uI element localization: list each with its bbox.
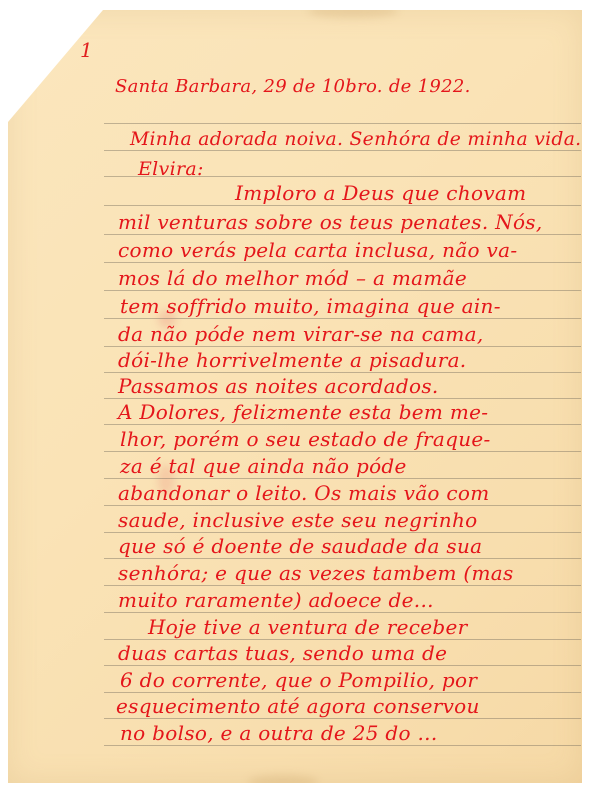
ruled-line bbox=[104, 558, 581, 559]
letter-body-line: mil venturas sobre os teus penates. Nós, bbox=[118, 210, 543, 234]
letter-body-line: muito raramente) adoece de... bbox=[118, 588, 434, 612]
ruled-line bbox=[104, 612, 581, 613]
letter-body-line: senhóra; e que as vezes tambem (mas bbox=[118, 561, 514, 585]
letter-body-line: Passamos as noites acordados. bbox=[118, 374, 439, 398]
letter-body-line: esquecimento até agora conservou bbox=[116, 694, 480, 718]
ruled-line bbox=[104, 424, 581, 425]
letter-body-line: mos lá do melhor mód – a mamãe bbox=[118, 266, 467, 290]
letter-body-line: da não póde nem virar-se na cama, bbox=[118, 322, 484, 346]
ruled-line bbox=[104, 692, 581, 693]
letter-recipient-name: Elvira: bbox=[138, 158, 204, 180]
ruled-line bbox=[104, 639, 581, 640]
ruled-line bbox=[104, 290, 581, 291]
letter-body-line: Imploro a Deus que chovam bbox=[235, 181, 526, 205]
ruled-line bbox=[104, 451, 581, 452]
ruled-line bbox=[104, 505, 581, 506]
ruled-line bbox=[104, 150, 581, 151]
ruled-line bbox=[104, 123, 581, 124]
ruled-line bbox=[104, 745, 581, 746]
letter-body-line: za é tal que ainda não póde bbox=[120, 454, 407, 478]
ruled-line bbox=[104, 718, 581, 719]
ruled-line bbox=[104, 372, 581, 373]
ruled-line bbox=[104, 318, 581, 319]
ruled-line bbox=[104, 234, 581, 235]
letter-body-line: no bolso, e a outra de 25 do ... bbox=[120, 721, 438, 745]
letter-body-line: A Dolores, felizmente esta bem me- bbox=[118, 400, 488, 424]
letter-body-line: saude, inclusive este seu negrinho bbox=[118, 508, 477, 532]
ruled-line bbox=[104, 478, 581, 479]
letter-body-line: tem soffrido muito, imagina que ain- bbox=[120, 294, 501, 318]
letter-body-line: duas cartas tuas, sendo uma de bbox=[118, 641, 447, 665]
ruled-line bbox=[104, 585, 581, 586]
ruled-line bbox=[104, 532, 581, 533]
page-number: 1 bbox=[80, 38, 93, 62]
letter-body-line: abandonar o leito. Os mais vão com bbox=[118, 481, 490, 505]
letter-body-line: como verás pela carta inclusa, não va- bbox=[118, 238, 517, 262]
ruled-line bbox=[104, 398, 581, 399]
ruled-line bbox=[104, 346, 581, 347]
paper-stain bbox=[248, 775, 318, 789]
letter-body-line: 6 do corrente, que o Pompilio, por bbox=[120, 668, 477, 692]
letter-salutation: Minha adorada noiva. Senhóra de minha vi… bbox=[130, 128, 581, 150]
letter-date-line: Santa Barbara, 29 de 10bro. de 1922. bbox=[115, 76, 471, 97]
ruled-line bbox=[104, 205, 581, 206]
ruled-line bbox=[104, 262, 581, 263]
letter-body-line: que só é doente de saudade da sua bbox=[118, 534, 482, 558]
paper-stain bbox=[308, 4, 398, 18]
letter-body-line: dói-lhe horrivelmente a pisadura. bbox=[118, 348, 466, 372]
ruled-line bbox=[104, 665, 581, 666]
letter-body-line: Hoje tive a ventura de receber bbox=[148, 615, 468, 639]
letter-body-line: lhor, porém o seu estado de fraque- bbox=[120, 427, 491, 451]
